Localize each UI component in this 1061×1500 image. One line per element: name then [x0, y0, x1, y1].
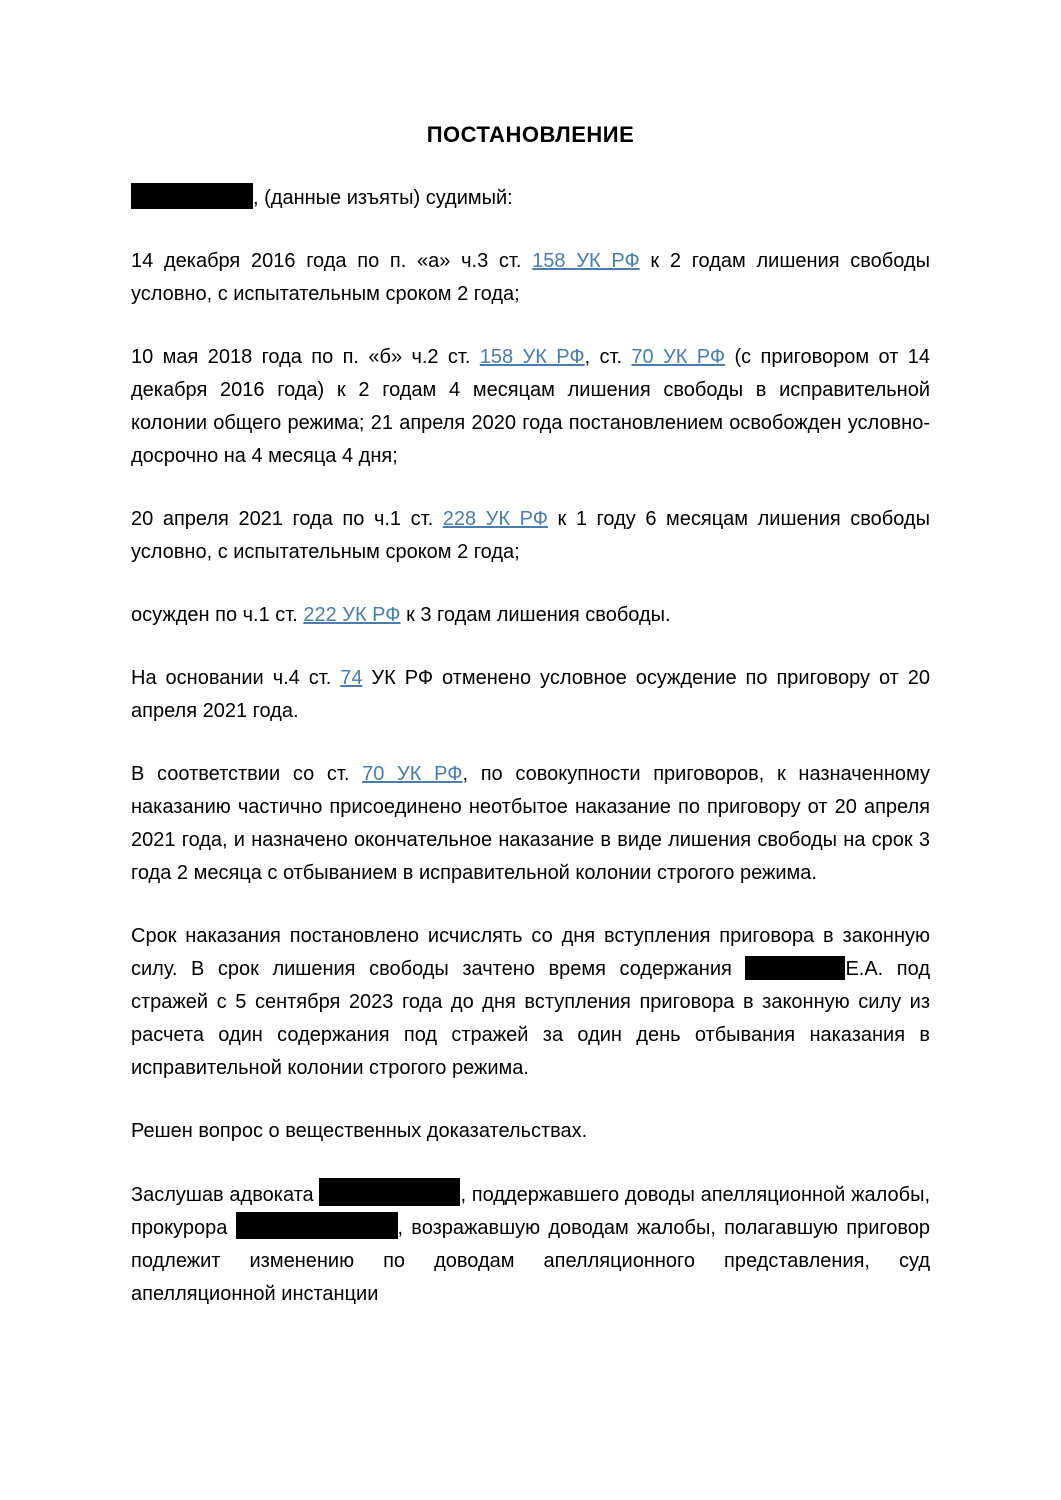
para-conviction-2018-text: , ст.: [585, 346, 632, 368]
law-link-228-uk-rf[interactable]: 228 УК РФ: [443, 508, 548, 530]
para-conviction-2016: 14 декабря 2016 года по п. «а» ч.3 ст. 1…: [131, 245, 930, 311]
para-conviction-2018-text: 10 мая 2018 года по п. «б» ч.2 ст.: [131, 346, 480, 368]
redaction-convict-name: [131, 183, 253, 209]
page-title: ПОСТАНОВЛЕНИЕ: [131, 118, 930, 151]
document-body: , (данные изъяты) судимый:14 декабря 201…: [131, 182, 930, 1311]
para-probation-cancelled: На основании ч.4 ст. 74 УК РФ отменено у…: [131, 662, 930, 728]
para-evidence-text: Решен вопрос о вещественных доказательст…: [131, 1120, 587, 1142]
para-current-conviction-text: к 3 годам лишения свободы.: [401, 604, 671, 626]
redaction-prosecutor-name: [236, 1212, 398, 1239]
law-link-70-uk-rf[interactable]: 70 УК РФ: [631, 346, 725, 368]
para-probation-cancelled-text: На основании ч.4 ст.: [131, 667, 340, 689]
para-evidence: Решен вопрос о вещественных доказательст…: [131, 1115, 930, 1148]
para-convict-intro: , (данные изъяты) судимый:: [131, 182, 930, 215]
para-hearing-participants-text: Заслушав адвоката: [131, 1184, 319, 1206]
para-term-calculation: Срок наказания постановлено исчислять со…: [131, 920, 930, 1085]
law-link-158-uk-rf[interactable]: 158 УК РФ: [480, 346, 585, 368]
para-conviction-2021-text: 20 апреля 2021 года по ч.1 ст.: [131, 508, 443, 530]
para-conviction-2016-text: 14 декабря 2016 года по п. «а» ч.3 ст.: [131, 250, 532, 272]
para-conviction-2021: 20 апреля 2021 года по ч.1 ст. 228 УК РФ…: [131, 503, 930, 569]
para-cumulative-sentence: В соответствии со ст. 70 УК РФ, по совок…: [131, 758, 930, 890]
para-conviction-2018: 10 мая 2018 года по п. «б» ч.2 ст. 158 У…: [131, 341, 930, 473]
redaction-advocate-name: [319, 1178, 460, 1206]
law-link-158-uk-rf[interactable]: 158 УК РФ: [532, 250, 640, 272]
redaction-surname-before-initials: [745, 956, 845, 980]
para-current-conviction-text: осужден по ч.1 ст.: [131, 604, 303, 626]
law-link-70-uk-rf[interactable]: 70 УК РФ: [362, 763, 462, 785]
para-current-conviction: осужден по ч.1 ст. 222 УК РФ к 3 годам л…: [131, 599, 930, 632]
para-cumulative-sentence-text: В соответствии со ст.: [131, 763, 362, 785]
para-hearing-participants: Заслушав адвоката , поддержавшего доводы…: [131, 1178, 930, 1311]
law-link-222-uk-rf[interactable]: 222 УК РФ: [303, 604, 400, 626]
para-convict-intro-text: , (данные изъяты) судимый:: [253, 187, 513, 209]
law-link-74[interactable]: 74: [340, 667, 362, 689]
document-page: ПОСТАНОВЛЕНИЕ , (данные изъяты) судимый:…: [0, 0, 1061, 1500]
